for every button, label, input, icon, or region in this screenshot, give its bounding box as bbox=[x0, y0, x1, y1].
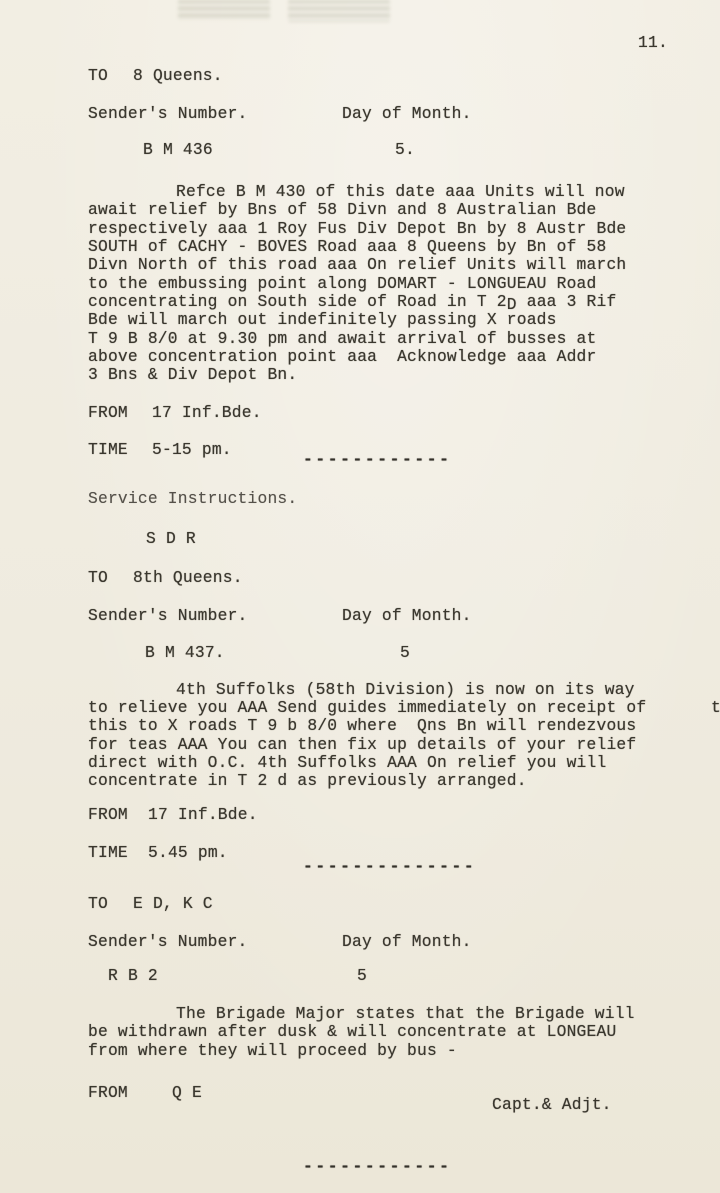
day-of-month-label: Day of Month. bbox=[342, 105, 472, 123]
senders-number-value: R B 2 bbox=[108, 967, 158, 985]
message-body-line: above concentration point aaa Acknowledg… bbox=[88, 348, 597, 366]
from-value: 17 Inf.Bde. bbox=[148, 806, 258, 824]
message-body-line: The Brigade Major states that the Brigad… bbox=[176, 1005, 635, 1023]
map-ref-pre: concentrating on South side of Road in T… bbox=[88, 292, 507, 311]
time-value: 5.45 pm. bbox=[148, 844, 228, 862]
day-of-month-label: Day of Month. bbox=[342, 933, 472, 951]
time-label: TIME bbox=[88, 844, 128, 862]
to-label: TO bbox=[88, 67, 108, 85]
message-body-line: for teas AAA You can then fix up details… bbox=[88, 736, 636, 754]
message-body-line: from where they will proceed by bus - bbox=[88, 1042, 457, 1060]
message-body-line: to the embussing point along DOMART - LO… bbox=[88, 275, 597, 293]
message-body-line: concentrating on South side of Road in T… bbox=[88, 293, 616, 311]
divider: ------------ bbox=[303, 451, 451, 469]
message-body-line: T 9 B 8/0 at 9.30 pm and await arrival o… bbox=[88, 330, 597, 348]
time-label: TIME bbox=[88, 441, 128, 459]
message-body-line: to relieve you AAA Send guides immediate… bbox=[88, 699, 646, 717]
from-label: FROM bbox=[88, 1084, 128, 1102]
message-body-line: Divn North of this road aaa On relief Un… bbox=[88, 256, 626, 274]
from-value: Q E bbox=[172, 1084, 202, 1102]
bleed-through-mark bbox=[288, 0, 390, 22]
day-of-month-label: Day of Month. bbox=[342, 607, 472, 625]
service-instructions-title: Service Instructions. bbox=[88, 490, 297, 508]
page-number: 11. bbox=[638, 34, 668, 52]
message-body-line: concentrate in T 2 d as previously arran… bbox=[88, 772, 527, 790]
time-value: 5-15 pm. bbox=[152, 441, 232, 459]
to-label: TO bbox=[88, 895, 108, 913]
message-body-line: 4th Suffolks (58th Division) is now on i… bbox=[176, 681, 635, 699]
to-value: E D, K C bbox=[133, 895, 213, 913]
bleed-through-mark bbox=[178, 0, 270, 20]
senders-number-value: B M 437. bbox=[145, 644, 225, 662]
message-body-line: direct with O.C. 4th Suffolks AAA On rel… bbox=[88, 754, 606, 772]
senders-number-label: Sender's Number. bbox=[88, 933, 248, 951]
message-body-line: be withdrawn after dusk & will concentra… bbox=[88, 1023, 616, 1041]
divider: ------------ bbox=[303, 1158, 451, 1176]
map-ref-post: aaa 3 Rif bbox=[517, 292, 617, 311]
to-label: TO bbox=[88, 569, 108, 587]
message-body-line: this to X roads T 9 b 8/0 where Qns Bn w… bbox=[88, 717, 636, 735]
service-instructions-code: S D R bbox=[146, 530, 196, 548]
day-of-month-value: 5. bbox=[395, 141, 415, 159]
to-value: 8 Queens. bbox=[133, 67, 223, 85]
signature-rank: Capt.& Adjt. bbox=[492, 1096, 612, 1114]
day-of-month-value: 5 bbox=[357, 967, 367, 985]
message-body-line: SOUTH of CACHY - BOVES Road aaa 8 Queens… bbox=[88, 238, 606, 256]
senders-number-label: Sender's Number. bbox=[88, 607, 248, 625]
day-of-month-value: 5 bbox=[400, 644, 410, 662]
message-body-line: Refce B M 430 of this date aaa Units wil… bbox=[176, 183, 625, 201]
message-body-line: respectively aaa 1 Roy Fus Div Depot Bn … bbox=[88, 220, 626, 238]
from-label: FROM bbox=[88, 806, 128, 824]
senders-number-value: B M 436 bbox=[143, 141, 213, 159]
message-body-line: 3 Bns & Div Depot Bn. bbox=[88, 366, 297, 384]
divider: -------------- bbox=[303, 858, 476, 876]
message-body-line: await relief by Bns of 58 Divn and 8 Aus… bbox=[88, 201, 597, 219]
from-value: 17 Inf.Bde. bbox=[152, 404, 262, 422]
document-page: 11. TO 8 Queens. Sender's Number. Day of… bbox=[0, 0, 720, 1193]
clipped-edge-character: t bbox=[711, 699, 720, 717]
message-body-line: Bde will march out indefinitely passing … bbox=[88, 311, 557, 329]
from-label: FROM bbox=[88, 404, 128, 422]
senders-number-label: Sender's Number. bbox=[88, 105, 248, 123]
to-value: 8th Queens. bbox=[133, 569, 243, 587]
